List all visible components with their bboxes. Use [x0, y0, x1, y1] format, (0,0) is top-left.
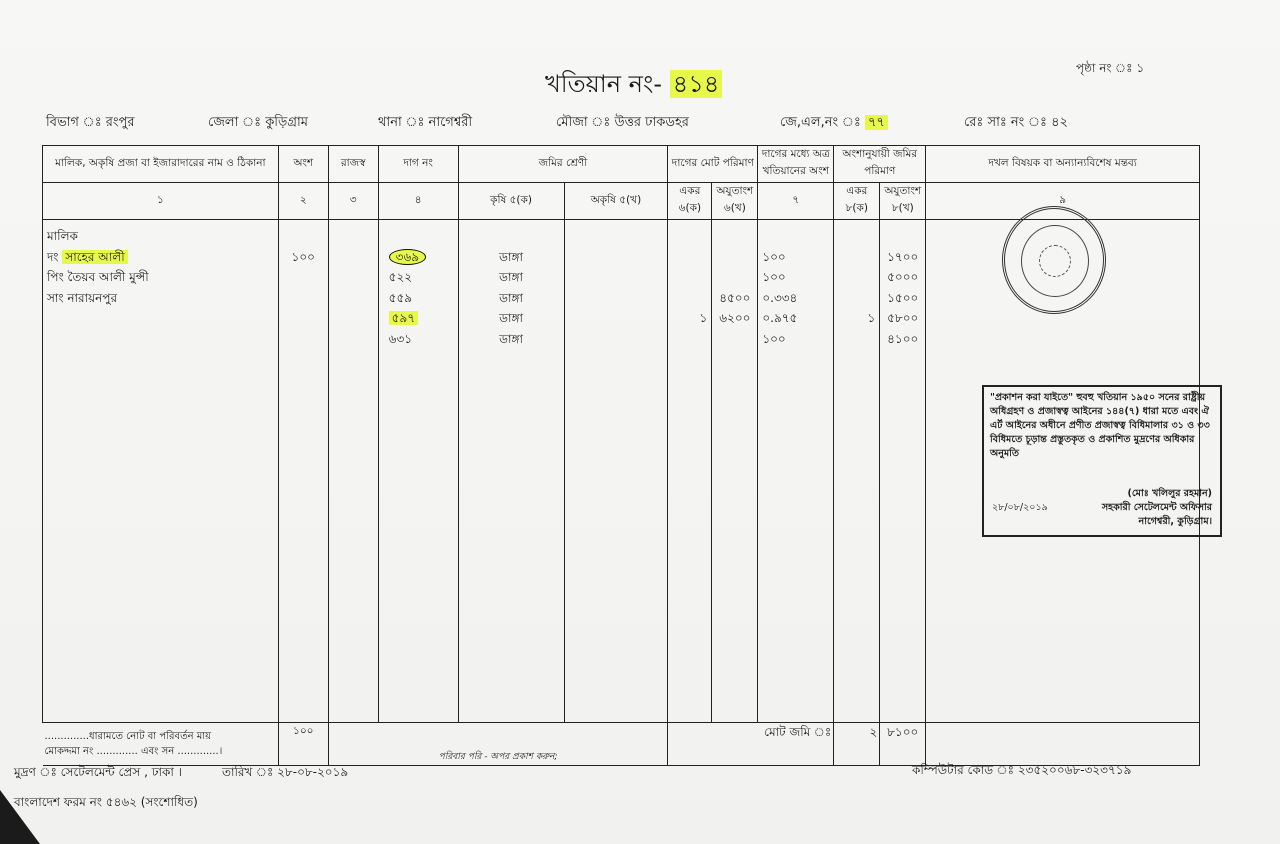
share-cell: ১০০ — [278, 220, 328, 723]
share-total: ১০০ — [278, 723, 328, 766]
row-dag: ৬৩১ — [383, 329, 454, 350]
total-label: মোট জমি ঃ — [668, 723, 834, 766]
row-acre8 — [838, 288, 875, 309]
row-dec8: ৫৮০০ — [884, 308, 921, 329]
owner-share: ১০০ — [283, 247, 324, 268]
col-num-4: ৪ — [378, 183, 458, 220]
row-class: ডাঙ্গা — [463, 288, 560, 309]
row-acre8 — [838, 247, 875, 268]
nonagri-cell — [564, 220, 668, 723]
dag-cell: ৩৬৯৫২২৫৫৯৫৯৭৬৩১ — [378, 220, 458, 723]
col-num-7: ৭ — [758, 183, 834, 220]
owner-name-value: সাহের আলী — [62, 250, 127, 264]
dec8-cell: ১৭০০৫০০০১৫০০৫৮০০৪১০০ — [880, 220, 926, 723]
signatory-designation: সহকারী সেটেলমেন্ট অফিসার — [1102, 501, 1212, 515]
header-share: অংশ — [278, 146, 328, 183]
col-num-1: ১ — [43, 183, 279, 220]
header-owner: মালিক, অকৃষি প্রজা বা ইজারাদারের নাম ও ঠ… — [43, 146, 279, 183]
footer-row: ..............ধারামতে নোট বা পরিবর্তন মা… — [43, 723, 1200, 766]
acre8-cell: ১ — [834, 220, 880, 723]
dag-number: ৫২২ — [389, 270, 412, 284]
note-cell: ..............ধারামতে নোট বা পরিবর্তন মা… — [43, 723, 279, 766]
dag-number: ৩৬৯ — [389, 249, 426, 265]
page-number: পৃষ্ঠা নং ঃ ১ — [1076, 60, 1144, 80]
row-dec6 — [716, 329, 753, 350]
instruction-text: পরিবার পরি - অপর প্রকাশ করুন; — [328, 723, 668, 766]
row-share: ১০০ — [762, 329, 829, 350]
owner-father: পিং তৈয়ব আলী মুন্সী — [47, 267, 274, 288]
row-acre6 — [672, 329, 707, 350]
total-decimal: ৮১০০ — [880, 723, 926, 766]
row-dec8: ৪১০০ — [884, 329, 921, 350]
press-info: মুদ্রণ ঃ সেটেলমেন্ট প্রেস , ঢাকা । — [14, 764, 182, 784]
header-dag-no: দাগ নং — [378, 146, 458, 183]
row-acre8 — [838, 267, 875, 288]
header-acre-8: একর ৮(ক) — [834, 183, 880, 220]
header-land-class: জমির শ্রেণী — [458, 146, 668, 183]
row-acre6 — [672, 247, 707, 268]
certification-box: "প্রকাশন করা যাইতে" হুবহু খতিয়ান ১৯৫০ স… — [982, 385, 1222, 537]
row-class: ডাঙ্গা — [463, 267, 560, 288]
header-khatian-share: দাগের মধ্যে অত্র খতিয়ানের অংশ — [758, 146, 834, 183]
dag-number: ৫৯৭ — [389, 311, 418, 325]
jl-value: ৭৭ — [865, 115, 888, 130]
jl-number: জে,এল,নং ঃ ৭৭ — [780, 113, 888, 134]
owner-address: সাং নারায়নপুর — [47, 288, 274, 309]
owner-label: মালিক — [47, 226, 274, 247]
row-dec6: ৪৫০০ — [716, 288, 753, 309]
row-dec8: ১৭০০ — [884, 247, 921, 268]
row-dag: ৫৯৭ — [383, 308, 454, 329]
row-dag: ৩৬৯ — [383, 247, 454, 268]
scan-shadow — [0, 790, 40, 844]
header-nonagri: অকৃষি ৫(খ) — [564, 183, 668, 220]
signatory-place: নাগেশ্বরী, কুড়িগ্রাম। — [1102, 515, 1212, 529]
row-share: ১০০ — [762, 267, 829, 288]
row-dec6 — [716, 247, 753, 268]
jl-label: জে,এল,নং ঃ — [780, 115, 861, 130]
row-class: ডাঙ্গা — [463, 329, 560, 350]
row-class: ডাঙ্গা — [463, 247, 560, 268]
certification-date: ২৮/০৮/২০১৯ — [992, 501, 1048, 515]
reg-serial: রেঃ সাঃ নং ঃ ৪২ — [964, 113, 1068, 134]
signature-block: (মোঃ খলিলুর রহমান) সহকারী সেটেলমেন্ট অফি… — [1102, 487, 1212, 529]
document-title: খতিয়ান নং- ৪১৪ — [545, 66, 722, 106]
row-acre8: ১ — [838, 308, 875, 329]
row-acre6: ১ — [672, 308, 707, 329]
note-line-2: মোকদ্দমা নং ............. এবং সন .......… — [45, 744, 276, 759]
agri-cell: ডাঙ্গাডাঙ্গাডাঙ্গাডাঙ্গাডাঙ্গা — [458, 220, 564, 723]
khatian-document: খতিয়ান নং- ৪১৪ পৃষ্ঠা নং ঃ ১ বিভাগ ঃ রং… — [0, 0, 1280, 844]
footer-remarks — [926, 723, 1200, 766]
col-num-2: ২ — [278, 183, 328, 220]
revenue-cell — [328, 220, 378, 723]
header-revenue: রাজস্ব — [328, 146, 378, 183]
district: জেলা ঃ কুড়িগ্রাম — [208, 113, 308, 134]
print-date: তারিখ ঃ ২৮-০৮-২০১৯ — [222, 764, 348, 784]
row-share: ০.৯৭৫ — [762, 308, 829, 329]
note-line-1: ..............ধারামতে নোট বা পরিবর্তন মা… — [45, 729, 276, 744]
header-decimal-8: অযুতাংশ ৮(খ) — [880, 183, 926, 220]
official-seal-icon — [1002, 206, 1106, 314]
total-acre: ২ — [834, 723, 880, 766]
thana: থানা ঃ নাগেশ্বরী — [378, 113, 472, 134]
form-number: বাংলাদেশ ফরম নং ৫৪৬২ (সংশোধিত) — [14, 794, 198, 814]
mouza: মৌজা ঃ উত্তর ঢাকডহর — [556, 113, 689, 134]
khatian-share-cell: ১০০১০০০.৩৩৪০.৯৭৫১০০ — [758, 220, 834, 723]
dag-number: ৫৫৯ — [389, 291, 412, 305]
row-dec8: ১৫০০ — [884, 288, 921, 309]
owner-name: দং সাহের আলী — [47, 247, 274, 268]
row-acre8 — [838, 329, 875, 350]
row-dag: ৫৫৯ — [383, 288, 454, 309]
header-decimal-6: অযুতাংশ ৬(খ) — [712, 183, 758, 220]
row-dag: ৫২২ — [383, 267, 454, 288]
row-share: ১০০ — [762, 247, 829, 268]
owner-cell: মালিক দং সাহের আলী পিং তৈয়ব আলী মুন্সী … — [43, 220, 279, 723]
division: বিভাগ ঃ রংপুর — [46, 113, 135, 134]
row-share: ০.৩৩৪ — [762, 288, 829, 309]
row-dec8: ৫০০০ — [884, 267, 921, 288]
header-dag-total: দাগের মোট পরিমাণ — [668, 146, 758, 183]
row-acre6 — [672, 288, 707, 309]
col-num-3: ৩ — [328, 183, 378, 220]
computer-code: কম্পিউটার কোড ঃ ২৩৫২০০৬৮-৩২৩৭১৯ — [912, 762, 1131, 782]
dag-number: ৬৩১ — [389, 332, 412, 346]
acre6-cell: ১ — [668, 220, 712, 723]
header-acre-6: একর ৬(ক) — [668, 183, 712, 220]
signatory-name: (মোঃ খলিলুর রহমান) — [1102, 487, 1212, 501]
dec6-cell: ৪৫০০৬২০০ — [712, 220, 758, 723]
header-agri: কৃষি ৫(ক) — [458, 183, 564, 220]
row-acre6 — [672, 267, 707, 288]
khatian-number: ৪১৪ — [670, 70, 723, 98]
header-row-1: মালিক, অকৃষি প্রজা বা ইজারাদারের নাম ও ঠ… — [43, 146, 1200, 183]
row-dec6 — [716, 267, 753, 288]
row-dec6: ৬২০০ — [716, 308, 753, 329]
certification-text: "প্রকাশন করা যাইতে" হুবহু খতিয়ান ১৯৫০ স… — [990, 391, 1214, 461]
owner-name-prefix: দং — [47, 250, 58, 264]
header-remarks: দখল বিষয়ক বা অন্যান্যবিশেষ মন্তব্য — [926, 146, 1200, 183]
row-class: ডাঙ্গা — [463, 308, 560, 329]
title-prefix: খতিয়ান নং- — [545, 70, 662, 98]
header-share-area: অংশানুযায়ী জমির পরিমাণ — [834, 146, 926, 183]
